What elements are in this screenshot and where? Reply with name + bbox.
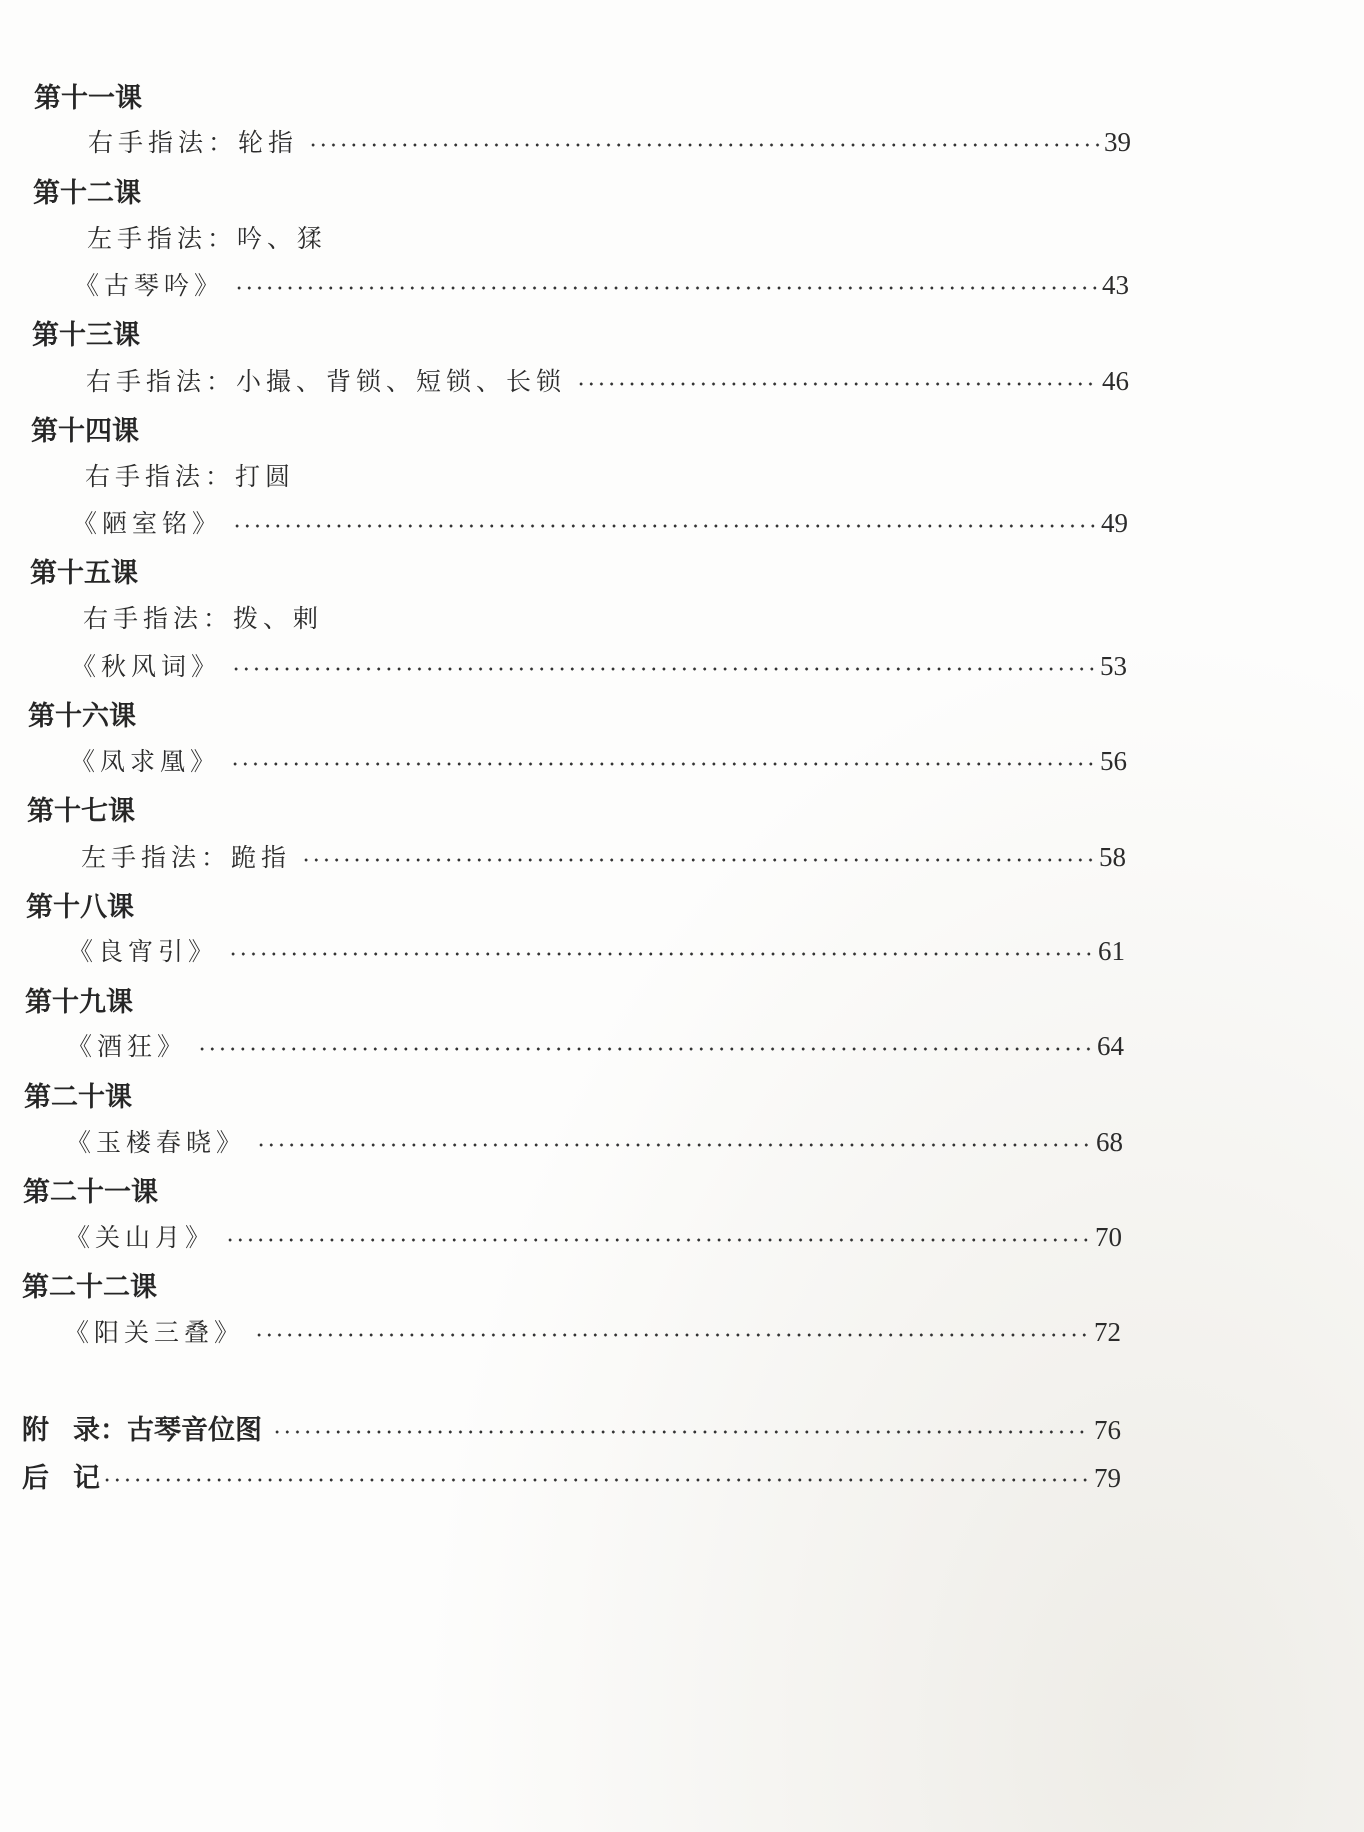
dot-leader (254, 1333, 1090, 1337)
dot-leader (308, 143, 1100, 147)
lesson-heading: 第十七课 (27, 789, 135, 828)
lesson-title: 第十二课 (33, 171, 141, 210)
dot-leader (230, 762, 1096, 766)
lesson-heading: 第十四课 (31, 409, 139, 448)
lesson-title: 第二十二课 (22, 1265, 157, 1304)
lesson-heading: 第十八课 (26, 885, 134, 924)
dot-leader (197, 1047, 1093, 1051)
toc-entry[interactable]: 右手指法：轮指 39 (88, 123, 1138, 159)
dot-leader (301, 858, 1095, 862)
toc-entry-afterword[interactable]: 后 记 79 (22, 1456, 1128, 1495)
entry-text: 左手指法：跪指 (81, 838, 291, 874)
toc-entry: 右手指法：打圆 (85, 457, 295, 493)
lesson-title: 第十八课 (26, 885, 134, 924)
entry-text: 《关山月》 (65, 1218, 215, 1254)
entry-text: 《玉楼春晓》 (66, 1123, 246, 1159)
entry-text: 《酒狂》 (67, 1027, 187, 1063)
dot-leader (228, 952, 1094, 956)
lesson-heading: 第十五课 (30, 551, 138, 590)
toc-entry[interactable]: 《秋风词》 53 (71, 647, 1134, 683)
entry-text: 《良宵引》 (68, 932, 218, 968)
page-number: 53 (1100, 651, 1134, 682)
entry-text: 右手指法：打圆 (85, 457, 295, 493)
lesson-heading: 第十九课 (25, 980, 133, 1019)
lesson-heading: 第十六课 (28, 694, 136, 733)
dot-leader (231, 667, 1096, 671)
toc-entry[interactable]: 《玉楼春晓》 68 (66, 1123, 1130, 1159)
toc-entry[interactable]: 《关山月》 70 (65, 1218, 1129, 1254)
entry-text: 《秋风词》 (71, 647, 221, 683)
entry-text: 右手指法：小撮、背锁、短锁、长锁 (86, 362, 566, 398)
dot-leader (234, 286, 1098, 290)
lesson-title: 第十一课 (34, 76, 142, 115)
appendix-label-b: 录：古琴音位图 (73, 1408, 262, 1447)
toc-entry[interactable]: 左手指法：跪指 58 (81, 838, 1133, 874)
page-number: 70 (1095, 1222, 1129, 1253)
toc-entry[interactable]: 右手指法：小撮、背锁、短锁、长锁 46 (86, 362, 1136, 398)
page-number: 68 (1096, 1127, 1130, 1158)
entry-text: 《阳关三叠》 (64, 1313, 244, 1349)
lesson-heading: 第二十一课 (23, 1170, 158, 1209)
page-number: 39 (1104, 127, 1138, 158)
toc-entry[interactable]: 《良宵引》 61 (68, 932, 1132, 968)
page-number: 56 (1100, 746, 1134, 777)
toc-entry: 右手指法：拨、剌 (83, 599, 323, 635)
entry-text: 《陋室铭》 (72, 504, 222, 540)
dot-leader (225, 1238, 1091, 1242)
page-number: 72 (1094, 1317, 1128, 1348)
lesson-title: 第十七课 (27, 789, 135, 828)
dot-leader (102, 1478, 1090, 1482)
lesson-heading: 第二十课 (24, 1075, 132, 1114)
toc-entry[interactable]: 《古琴吟》 43 (74, 266, 1136, 302)
page-number: 58 (1099, 842, 1133, 873)
lesson-title: 第二十一课 (23, 1170, 158, 1209)
lesson-title: 第二十课 (24, 1075, 132, 1114)
dot-leader (272, 1430, 1090, 1434)
toc-entry[interactable]: 《陋室铭》 49 (72, 504, 1135, 540)
appendix-label-a: 附 (22, 1408, 49, 1447)
lesson-title: 第十九课 (25, 980, 133, 1019)
page-number: 64 (1097, 1031, 1131, 1062)
entry-text: 《古琴吟》 (74, 266, 224, 302)
toc-entry-appendix[interactable]: 附 录：古琴音位图 76 (22, 1408, 1128, 1447)
entry-text: 右手指法：轮指 (88, 123, 298, 159)
lesson-heading: 第二十二课 (22, 1265, 157, 1304)
entry-text: 右手指法：拨、剌 (83, 599, 323, 635)
toc-entry[interactable]: 《酒狂》 64 (67, 1027, 1131, 1063)
lesson-title: 第十六课 (28, 694, 136, 733)
toc-entry[interactable]: 《阳关三叠》 72 (64, 1313, 1128, 1349)
lesson-heading: 第十三课 (32, 313, 140, 352)
lesson-title: 第十五课 (30, 551, 138, 590)
table-of-contents: 第十一课 右手指法：轮指 39 第十二课 左手指法：吟、猱 《古琴吟》 43 第… (0, 0, 1364, 1832)
page-number: 79 (1094, 1463, 1128, 1494)
lesson-heading: 第十一课 (34, 76, 142, 115)
dot-leader (256, 1143, 1092, 1147)
toc-entry[interactable]: 《凤求凰》 56 (70, 742, 1134, 778)
lesson-title: 第十三课 (32, 313, 140, 352)
page-number: 61 (1098, 936, 1132, 967)
lesson-heading: 第十二课 (33, 171, 141, 210)
afterword-label-b: 记 (73, 1456, 100, 1495)
page-number: 49 (1101, 508, 1135, 539)
entry-text: 《凤求凰》 (70, 742, 220, 778)
dot-leader (232, 524, 1097, 528)
lesson-title: 第十四课 (31, 409, 139, 448)
page-number: 76 (1094, 1415, 1128, 1446)
entry-text: 左手指法：吟、猱 (87, 219, 327, 255)
toc-entry: 左手指法：吟、猱 (87, 219, 327, 255)
page-number: 46 (1102, 366, 1136, 397)
page-number: 43 (1102, 270, 1136, 301)
afterword-label-a: 后 (22, 1456, 49, 1495)
dot-leader (576, 382, 1098, 386)
